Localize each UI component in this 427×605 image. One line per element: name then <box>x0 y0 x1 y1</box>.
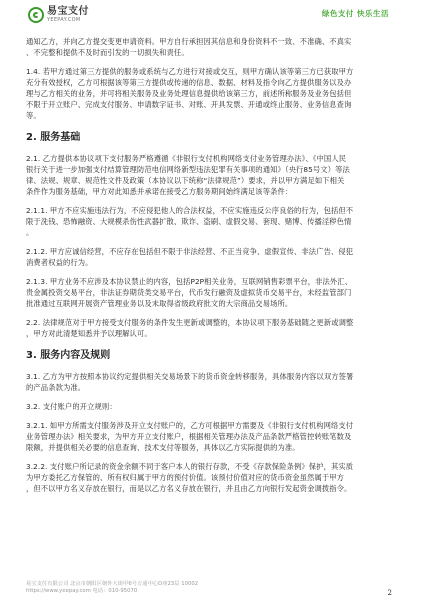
paragraph-3-2-2: 3.2.2. 支付账户所记录的资金余额不同于客户本人的银行存款，不受《存款保险条… <box>26 461 402 494</box>
page-header: 易宝支付 YEEPAY.COM 绿色支付 快乐生活 <box>0 0 427 30</box>
page-footer: 易宝支付有限公司 北京市朝阳区朝外大街甲6号万通中心D座23层 10002 ht… <box>26 581 402 595</box>
paragraph-intro: 通知乙方，并向乙方提交变更申请资料。甲方自行承担因其信息和身份资料不一致、不准确… <box>26 36 402 58</box>
paragraph-2-2: 2.2. 法律规范对于甲方接受支付服务的条件发生更新或调整的，本协议项下服务基础… <box>26 317 402 339</box>
paragraph-3-1: 3.1. 乙方为甲方按照本协议约定提供相关交易场景下的货币资金转移服务，具体服务… <box>26 371 402 393</box>
logo-chinese-name: 易宝支付 <box>47 7 89 17</box>
section-heading-2: 2. 服务基础 <box>26 131 402 145</box>
paragraph-2-1-1: 2.1.1. 甲方不应实施违法行为，不应侵犯他人的合法权益，不应实施违反公序良俗… <box>26 205 402 238</box>
paragraph-2-1-2: 2.1.2. 甲方应诚信经营，不应存在包括但不限于非法经营、不正当竞争、虚假宣传… <box>26 246 402 268</box>
document-body: 通知乙方，并向乙方提交变更申请资料。甲方自行承担因其信息和身份资料不一致、不准确… <box>26 36 402 502</box>
page-number: 2 <box>388 589 392 597</box>
footer-company-address: 易宝支付有限公司 北京市朝阳区朝外大街甲6号万通中心D座23层 10002 <box>26 581 402 588</box>
header-slogan: 绿色支付 快乐生活 <box>322 8 389 19</box>
logo-english-name: YEEPAY.COM <box>47 18 89 23</box>
yeepay-logo-icon <box>28 7 44 23</box>
section-heading-3: 3. 服务内容及规则 <box>26 349 402 363</box>
paragraph-2-1-3: 2.1.3. 甲方业务不应涉及本协议禁止的内容，包括P2P相关业务，互联网销售彩… <box>26 276 402 309</box>
paragraph-1-4: 1.4. 若甲方通过第三方提供的服务或系统与乙方进行对接或交互，则甲方确认该等第… <box>26 66 402 121</box>
yeepay-logo: 易宝支付 YEEPAY.COM <box>28 5 89 25</box>
paragraph-2-1: 2.1. 乙方提供本协议项下支付服务严格遵循《非银行支付机构网络支付业务管理办法… <box>26 153 402 197</box>
paragraph-3-2: 3.2. 支付账户的开立规则： <box>26 401 402 412</box>
paragraph-3-2-1: 3.2.1. 如甲方所需支付服务涉及开立支付账户的，乙方可根据甲方需要及《非银行… <box>26 420 402 453</box>
footer-website-phone: https://www.yeepay.com 电话：010-95070 <box>26 588 402 595</box>
